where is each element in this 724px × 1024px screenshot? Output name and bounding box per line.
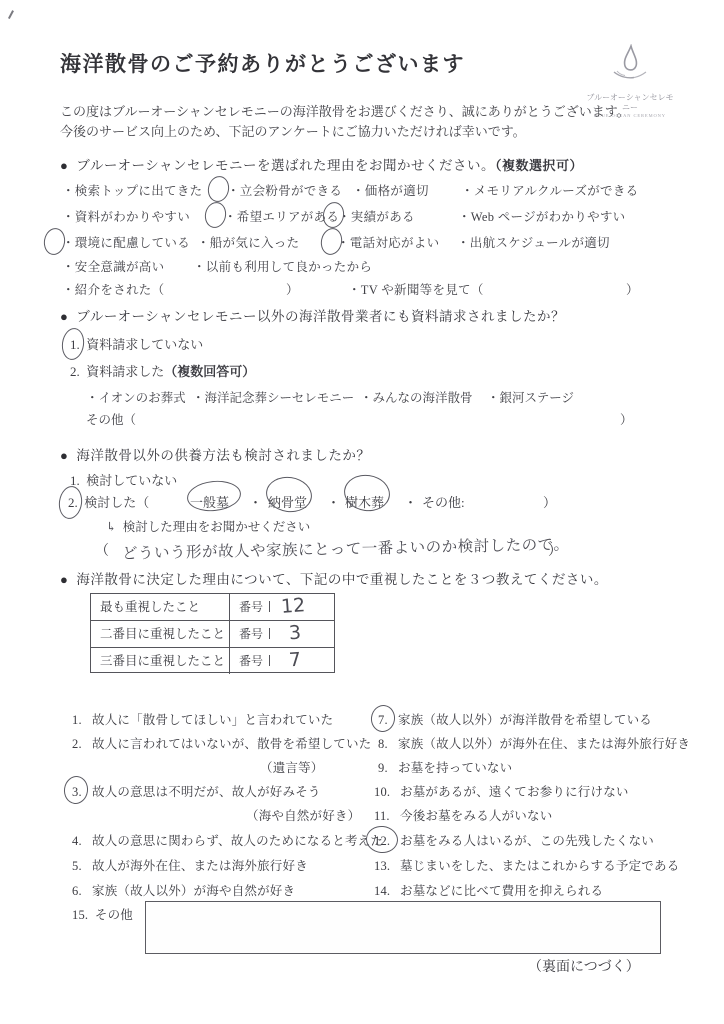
q1-option: ・安全意識が高い [62, 257, 164, 275]
column-divider [229, 594, 230, 620]
q3-separator: ・ [327, 492, 340, 511]
q1-option-tv: ・TV や新聞等を見て（ [348, 280, 484, 298]
reason-item: 7.家族（故人以外）が海洋散骨を希望している [378, 710, 652, 728]
reason-text: 故人に「散骨してほしい」と言われていた [92, 713, 333, 727]
reason-note: （海や自然が好き） [246, 806, 360, 824]
arrow-down-right-icon: ↳ [106, 520, 116, 534]
q1-option: ・環境に配慮している [62, 233, 190, 251]
q3-heading: ●海洋散骨以外の供養方法も検討されましたか？ [60, 444, 370, 464]
reason-number: 1. [72, 713, 92, 728]
scan-artifact [8, 10, 14, 19]
q2-heading: ●ブルーオーシャンセレモニー以外の海洋散骨業者にも資料請求されましたか？ [60, 305, 565, 325]
reason-item: 10.お墓があるが、遠くてお参りに行けない [374, 782, 629, 800]
q1-referral-close-paren: ） [286, 280, 299, 298]
q2-item-1: 1. 資料請求していない [70, 334, 203, 353]
handwritten-circle [365, 825, 399, 855]
row-label: 三番目に重視したこと [100, 648, 225, 674]
q3-heading-text: 海洋散骨以外の供養方法も検討されましたか？ [76, 448, 370, 463]
continue-on-back-note: （裏面につづく） [528, 956, 640, 976]
q2-heading-text: ブルーオーシャンセレモニー以外の海洋散骨業者にも資料請求されましたか？ [76, 309, 565, 324]
reason-number: 4. [72, 834, 92, 849]
reason-item: 3.故人の意思は不明だが、故人が好みそう [72, 782, 321, 800]
multi-answer-note: （複数回答可） [164, 364, 255, 379]
reason-number: 15. [72, 908, 88, 922]
item-label: 資料請求した [86, 364, 164, 379]
handwritten-circle [321, 200, 347, 230]
item-number: 2. [70, 364, 80, 379]
reason-item: 8.家族（故人以外）が海外在住、または海外旅行好き [378, 734, 690, 752]
handwritten-answer: どういう形が故人や家族にとって一番よいのか検討したので。 [122, 532, 570, 563]
handwritten-circle [369, 703, 397, 733]
reason-number: 6. [72, 884, 92, 899]
page-title: 海洋散骨のご予約ありがとうございます [60, 48, 465, 78]
q1-option: ・Web ページがわかりやすい [458, 207, 625, 225]
q1-option: ・電話対応がよい [337, 233, 439, 251]
bullet-icon: ● [60, 572, 68, 587]
reason-item: 13.墓じまいをした、またはこれからする予定である [374, 856, 679, 874]
handwritten-circle [206, 174, 232, 204]
q1-option: ・出航スケジュールが適切 [457, 233, 610, 251]
column-divider [229, 621, 230, 647]
reason-item: 1.故人に「散骨してほしい」と言われていた [72, 710, 333, 728]
handwritten-circle [42, 226, 67, 256]
q3-other-label: その他: [422, 492, 465, 511]
reason-number: 10. [374, 785, 400, 800]
bullet-icon: ● [60, 448, 68, 463]
bullet-icon: ● [60, 309, 68, 324]
reason-text: 故人の意思に関わらず、故人のためになると考えた [92, 834, 383, 848]
q1-option: ・以前も利用して良かったから [193, 257, 372, 275]
handwritten-circle [318, 226, 344, 257]
q1-option: ・実績がある [338, 207, 415, 225]
number-field-label: 番号 [239, 594, 263, 620]
reason-text: お墓をみる人はいるが、この先残したくない [400, 834, 654, 848]
q3-answer-close-paren: ） [548, 540, 562, 560]
reason-number: 13. [374, 859, 400, 874]
q2-other-close-paren: ） [620, 410, 633, 428]
reason-item: 2.故人に言われてはいないが、散骨を希望していた [72, 734, 371, 752]
q3-close-paren: ） [543, 492, 556, 511]
q1-option: ・立会粉骨ができる [227, 181, 342, 199]
reason-number: 9. [378, 761, 398, 776]
handwritten-circle [203, 200, 229, 230]
table-row: 三番目に重視したこと 番号 7 [91, 647, 334, 674]
reason-text: 家族（故人以外）が海や自然が好き [92, 884, 295, 898]
q1-heading: ●ブルーオーシャンセレモニーを選ばれた理由をお聞かせください。（複数選択可） [60, 154, 583, 174]
reason-text: 故人の意思は不明だが、故人が好みそう [92, 785, 321, 799]
reason-note: （遺言等） [260, 758, 324, 776]
item-label: 検討していない [86, 473, 177, 488]
reason-text: お墓があるが、遠くてお参りに行けない [400, 785, 629, 799]
reason-text: その他 [95, 908, 133, 922]
reason-text: 今後お墓をみる人がいない [400, 809, 552, 823]
column-divider [229, 648, 230, 674]
field-tick [269, 601, 270, 612]
q4-heading: ●海洋散骨に決定した理由について、下記の中で重視したことを３つ教えてください。 [60, 568, 608, 588]
item-label: 検討した（ [84, 495, 149, 510]
q1-option: ・価格が適切 [352, 181, 429, 199]
reason-text: 故人に言われてはいないが、散骨を希望していた [92, 737, 371, 751]
q1-multi-select-note: （複数選択可） [495, 158, 583, 173]
reason-item: 6.家族（故人以外）が海や自然が好き [72, 881, 295, 899]
q2-vendor: ・みんなの海洋散骨 [360, 388, 473, 406]
handwritten-number: 12 [280, 594, 306, 618]
field-tick [269, 628, 270, 639]
reason-text: 家族（故人以外）が海洋散骨を希望している [398, 713, 652, 727]
reason-text: 墓じまいをした、またはこれからする予定である [400, 859, 679, 873]
table-row: 二番目に重視したこと 番号 3 [91, 620, 334, 647]
q2-vendor: ・イオンのお葬式 [86, 388, 186, 406]
table-row: 最も重視したこと 番号 12 [91, 594, 334, 620]
q1-tv-close-paren: ） [626, 280, 639, 298]
q1-option: ・メモリアルクルーズができる [461, 181, 638, 199]
reason-text: 故人が海外在住、または海外旅行好き [92, 859, 308, 873]
reason-number: 14. [374, 884, 400, 899]
q1-option-referral: ・紹介をされた（ [62, 280, 164, 298]
handwritten-circle [57, 485, 84, 521]
handwritten-number: 3 [288, 622, 302, 645]
q1-option: ・資料がわかりやすい [62, 207, 190, 225]
reason-item: 11.今後お墓をみる人がいない [374, 806, 552, 824]
reason-number: 11. [374, 809, 400, 824]
q1-option: ・検索トップに出てきた [62, 181, 202, 199]
q2-other-label: その他（ [86, 410, 136, 428]
reason-text: お墓などに比べて費用を抑えられる [400, 884, 603, 898]
q2-vendor: ・海洋記念葬シーセレモニー [192, 388, 354, 406]
other-free-text-box [145, 901, 661, 954]
q1-heading-text: ブルーオーシャンセレモニーを選ばれた理由をお聞かせください。 [76, 158, 495, 173]
handwritten-circle [62, 774, 90, 805]
row-label: 二番目に重視したこと [100, 621, 225, 647]
followup-label: 検討した理由をお聞かせください [123, 520, 311, 534]
reason-text: 家族（故人以外）が海外在住、または海外旅行好き [398, 737, 690, 751]
reason-number: 5. [72, 859, 92, 874]
reason-item: 9.お墓を持っていない [378, 758, 512, 776]
number-field-label: 番号 [239, 648, 263, 674]
bullet-icon: ● [60, 158, 68, 173]
q3-followup: ↳ 検討した理由をお聞かせください [106, 517, 310, 535]
reason-item: 14.お墓などに比べて費用を抑えられる [374, 881, 603, 899]
intro-line-2: 今後のサービス向上のため、下記のアンケートにご協力いただければ幸いです。 [60, 122, 526, 142]
q3-separator: ・ [404, 492, 417, 511]
q1-option: ・船が気に入った [197, 233, 299, 251]
intro-line-1: この度はブルーオーシャンセレモニーの海洋散骨をお選びくださり、誠にありがとうござ… [60, 102, 630, 122]
q3-separator: ・ [249, 492, 262, 511]
reason-item-other: 15. その他 [72, 905, 133, 923]
reason-number: 8. [378, 737, 398, 752]
scanned-questionnaire-page: 海洋散骨のご予約ありがとうございます ブルーオーシャンセレモニー BLUE OC… [0, 0, 724, 1024]
item-label: 資料請求していない [86, 337, 203, 352]
q2-vendor: ・銀河ステージ [487, 388, 574, 406]
reason-text: お墓を持っていない [398, 761, 512, 775]
q4-heading-text: 海洋散骨に決定した理由について、下記の中で重視したことを３つ教えてください。 [76, 572, 607, 587]
field-tick [269, 655, 270, 666]
number-field-label: 番号 [239, 621, 263, 647]
row-label: 最も重視したこと [100, 594, 200, 620]
priority-table: 最も重視したこと 番号 12 二番目に重視したこと 番号 3 三番目に重視したこ… [90, 593, 335, 673]
q2-item-2: 2. 資料請求した（複数回答可） [70, 361, 255, 380]
reason-item: 5.故人が海外在住、または海外旅行好き [72, 856, 308, 874]
flame-wave-logo-icon [584, 44, 676, 88]
reason-number: 2. [72, 737, 92, 752]
handwritten-circle [60, 327, 86, 362]
q3-answer-open-paren: （ [95, 540, 109, 560]
reason-item: 12.お墓をみる人はいるが、この先残したくない [374, 831, 654, 849]
reason-item: 4.故人の意思に関わらず、故人のためになると考えた [72, 831, 383, 849]
handwritten-number: 7 [288, 649, 302, 672]
q3-item-1: 1. 検討していない [70, 470, 177, 489]
